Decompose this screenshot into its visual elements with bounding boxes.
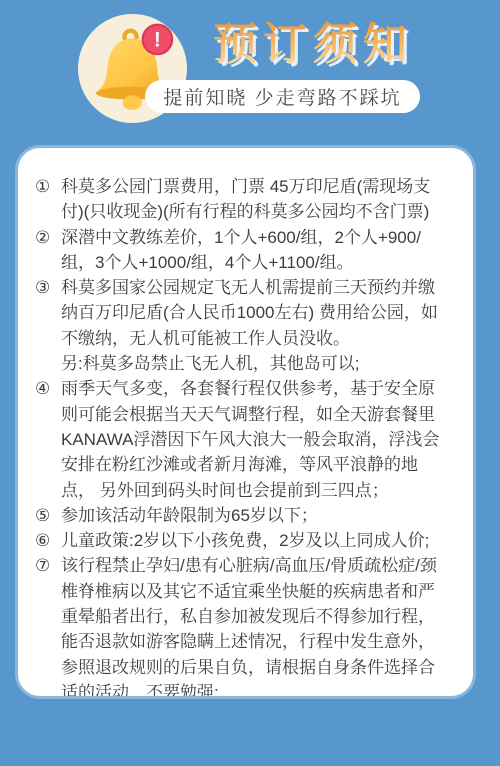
notice-item-text: 参加该活动年龄限制为65岁以下； [61,503,451,528]
notice-item: ⑦ 该行程禁止孕妇/患有心脏病/高血压/骨质疏松症/颈椎脊椎病以及其它不适宜乘坐… [33,553,451,696]
page-title-text: 预订须知 [213,20,413,69]
notice-item-number: ⑤ [33,503,61,528]
notice-item: ⑥ 儿童政策:2岁以下小孩免费，2岁及以上同成人价; [33,528,451,553]
notice-item-text: 科莫多公园门票费用，门票 45万印尼盾(需现场支付)(只收现金)(所有行程的科莫… [61,174,451,225]
header: ! 预订须知 预订须知 提前知晓 少走弯路不踩坑 [0,0,500,148]
notice-item-number: ⑦ [33,553,61,696]
notice-item-text: 该行程禁止孕妇/患有心脏病/高血压/骨质疏松症/颈椎脊椎病以及其它不适宜乘坐快艇… [61,553,451,696]
notice-item: ⑤ 参加该活动年龄限制为65岁以下； [33,503,451,528]
notice-card: ① 科莫多公园门票费用，门票 45万印尼盾(需现场支付)(只收现金)(所有行程的… [18,148,473,696]
notice-item: ② 深潜中文教练差价，1个人+600/组，2个人+900/组，3个人+1000/… [33,225,451,276]
notice-item-number: ④ [33,376,61,502]
notice-item-text: 儿童政策:2岁以下小孩免费，2岁及以上同成人价; [61,528,451,553]
notice-item-text: 雨季天气多变，各套餐行程仅供参考，基于安全原则可能会根据当天天气调整行程，如全天… [61,376,451,502]
notice-item-number: ② [33,225,61,276]
notice-item-text: 科莫多国家公园规定飞无人机需提前三天预约并缴纳百万印尼盾(合人民币1000左右)… [61,275,451,376]
notice-item: ① 科莫多公园门票费用，门票 45万印尼盾(需现场支付)(只收现金)(所有行程的… [33,174,451,225]
page-subtitle-text: 提前知晓 少走弯路不踩坑 [163,83,401,110]
notice-item-text: 深潜中文教练差价，1个人+600/组，2个人+900/组，3个人+1000/组，… [61,225,451,276]
notice-item-number: ⑥ [33,528,61,553]
page-subtitle: 提前知晓 少走弯路不踩坑 [145,80,420,113]
notice-item: ④ 雨季天气多变，各套餐行程仅供参考，基于安全原则可能会根据当天天气调整行程，如… [33,376,451,502]
notice-item: ③ 科莫多国家公园规定飞无人机需提前三天预约并缴纳百万印尼盾(合人民币1000左… [33,275,451,376]
notice-item-number: ① [33,174,61,225]
notice-item-number: ③ [33,275,61,376]
page-background: ! 预订须知 预订须知 提前知晓 少走弯路不踩坑 ① 科莫多公园门票费用，门票 … [0,0,500,766]
svg-text:!: ! [154,28,161,51]
page-title: 预订须知 预订须知 [188,22,438,68]
